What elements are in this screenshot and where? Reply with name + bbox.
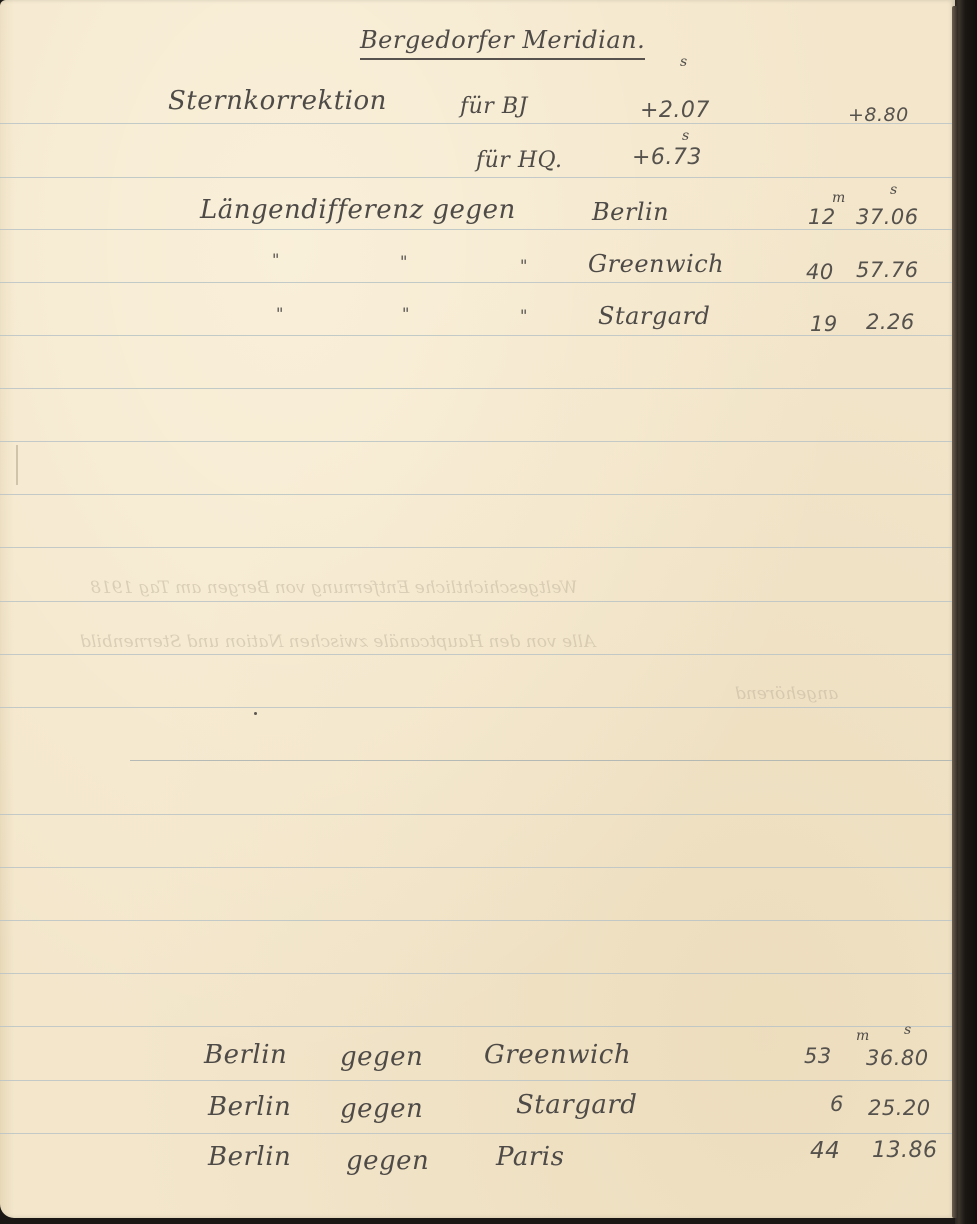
longitude-seconds: 37.06 (856, 205, 919, 229)
longitude-minutes: 40 (806, 260, 834, 284)
longitude-seconds: 57.76 (856, 258, 919, 282)
ditto-mark: " (276, 304, 284, 323)
comparison-seconds: 25.20 (868, 1096, 931, 1120)
ruled-line (0, 1026, 955, 1027)
comparison-minutes: 53 (804, 1044, 832, 1068)
ditto-mark: " (400, 252, 408, 271)
ruled-line (0, 441, 955, 442)
ruled-line (0, 177, 955, 178)
longitude-difference-label: Längendifferenz gegen (200, 195, 516, 225)
ruled-line (0, 920, 955, 921)
ruled-line (0, 388, 955, 389)
ruled-line-short (130, 760, 955, 761)
ruled-line (0, 973, 955, 974)
seconds-unit-mark: s (680, 54, 688, 70)
comparison-seconds: 36.80 (866, 1046, 929, 1070)
ruled-line (0, 654, 955, 655)
seconds-unit-mark: s (904, 1022, 912, 1038)
page-edge (952, 6, 958, 1218)
seconds-unit-mark-2: s (682, 128, 690, 144)
bleed-through-text: angehörend (735, 684, 838, 704)
notebook-binding (955, 0, 977, 1224)
ruled-line (0, 229, 955, 230)
star-correction-for-hq: für HQ. (476, 148, 562, 173)
bleed-through-text: Welt­geschicht­liche Entfernung von Berg… (90, 578, 577, 598)
star-correction-label: Sternkorrektion (168, 86, 387, 116)
bleed-through-text: Alle von den Hauptcanäle zwischen Nation… (80, 632, 595, 652)
longitude-minutes: 12 (808, 205, 836, 229)
comparison-from: Berlin (208, 1142, 291, 1172)
star-correction-for-bj: für BJ (460, 94, 528, 119)
ditto-mark: " (272, 250, 280, 269)
seconds-unit-mark: s (890, 182, 898, 198)
star-correction-hq-value: +6.73 (632, 145, 702, 170)
longitude-minutes: 19 (810, 312, 838, 336)
comparison-word: gegen (346, 1146, 429, 1176)
page-title: Bergedorfer Meridian. (360, 26, 645, 60)
ruled-line (0, 601, 955, 602)
comparison-to: Paris (496, 1142, 564, 1172)
longitude-place: Berlin (592, 198, 669, 226)
notebook-page: Bergedorfer Meridian. Sternkorrektion fü… (0, 0, 955, 1218)
comparison-from: Berlin (204, 1040, 287, 1070)
comparison-word: gegen (340, 1094, 423, 1124)
comparison-from: Berlin (208, 1092, 291, 1122)
comparison-word: gegen (340, 1042, 423, 1072)
ruled-line (0, 1133, 955, 1134)
longitude-seconds: 2.26 (866, 310, 915, 334)
ruled-line (0, 1080, 955, 1081)
ruled-line (0, 867, 955, 868)
ruled-line (0, 123, 955, 124)
ditto-mark: " (520, 256, 528, 275)
minutes-unit-mark: m (856, 1028, 870, 1044)
ruled-line (0, 814, 955, 815)
comparison-seconds: 13.86 (872, 1138, 937, 1163)
comparison-minutes: 6 (830, 1092, 844, 1116)
minutes-unit-mark: m (832, 190, 846, 206)
margin-mark (16, 445, 18, 485)
ditto-mark: " (402, 304, 410, 323)
ruled-line (0, 494, 955, 495)
longitude-place: Stargard (598, 302, 710, 330)
star-correction-extra-value: +8.80 (848, 104, 909, 126)
ink-speck (254, 712, 257, 715)
star-correction-bj-value: +2.07 (640, 98, 710, 123)
comparison-to: Stargard (516, 1090, 637, 1120)
longitude-place: Greenwich (588, 250, 724, 278)
ruled-line (0, 547, 955, 548)
ditto-mark: " (520, 306, 528, 325)
comparison-to: Greenwich (484, 1040, 631, 1070)
comparison-minutes: 44 (810, 1138, 840, 1164)
ruled-line (0, 707, 955, 708)
